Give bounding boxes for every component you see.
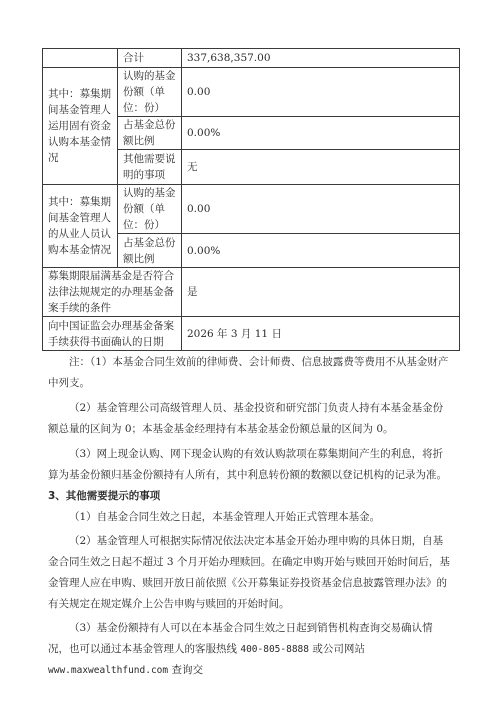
- fund-subscription-table: 合计 337,638,357.00 其中：募集期间基金管理人运用固有资金认购本基…: [42, 48, 460, 351]
- table-cell-value: 无: [182, 150, 460, 185]
- table-cell-label: 认购的基金份额（单位：份）: [118, 185, 182, 234]
- table-notes: 注：（1）本基金合同生效前的律师费、会计师费、信息披露费等费用不从基金财产中列支…: [48, 352, 453, 486]
- table-group-label: 其中：募集期间基金管理人的从业人员认购本基金情况: [43, 185, 118, 268]
- table-cell-value: 是: [182, 268, 460, 317]
- table-cell-label: 占基金总份额比例: [118, 117, 182, 150]
- table-cell-value: 0.00: [182, 185, 460, 234]
- table-cell-value: 0.00%: [182, 117, 460, 150]
- table-row-filing-conditions: 募集期限届满基金是否符合法律法规规定的办理基金备案手续的条件 是: [43, 268, 460, 317]
- table-cell-label: 认购的基金份额（单位：份）: [118, 68, 182, 117]
- table-row-total: 合计 337,638,357.00: [43, 49, 460, 68]
- section-item-3: （3）基金份额持有人可以在本基金合同生效之日起到销售机构查询交易确认情况，也可以…: [48, 618, 453, 681]
- table-cell-label: 占基金总份额比例: [118, 234, 182, 268]
- section-item-1: （1）自基金合同生效之日起，本基金管理人开始正式管理本基金。: [48, 507, 453, 528]
- table-row: 其中：募集期间基金管理人的从业人员认购本基金情况 认购的基金份额（单位：份） 0…: [43, 185, 460, 234]
- table-cell-value: 0.00%: [182, 234, 460, 268]
- table-cell-label: 向中国证监会办理基金备案手续获得书面确认的日期: [43, 317, 182, 351]
- note-3: （3）网上现金认购、网下现金认购的有效认购款项在募集期间产生的利息，将折算为基金…: [48, 444, 453, 486]
- section-other-matters: 3、其他需要提示的事项 （1）自基金合同生效之日起，本基金管理人开始正式管理本基…: [48, 486, 453, 681]
- table-cell-value: 2026 年 3 月 11 日: [182, 317, 460, 351]
- table-row-confirmation-date: 向中国证监会办理基金备案手续获得书面确认的日期 2026 年 3 月 11 日: [43, 317, 460, 351]
- document-page: 合计 337,638,357.00 其中：募集期间基金管理人运用固有资金认购本基…: [0, 0, 500, 707]
- table-cell-label: 募集期限届满基金是否符合法律法规规定的办理基金备案手续的条件: [43, 268, 182, 317]
- item3-suffix: 查询交: [168, 664, 203, 676]
- hotline-number: 400-805-8888: [240, 644, 309, 655]
- section-item-2: （2）基金管理人可根据实际情况依法决定本基金开始办理申购的具体日期，自基金合同生…: [48, 531, 453, 615]
- item3-mid: 或公司网站: [309, 643, 365, 655]
- website-link[interactable]: www.maxwealthfund.com: [48, 665, 168, 676]
- table-group-label: 其中：募集期间基金管理人运用固有资金认购本基金情况: [43, 68, 118, 185]
- table-cell-empty: [43, 49, 118, 68]
- note-2: （2）基金管理公司高级管理人员、基金投资和研究部门负责人持有本基金基金份额总量的…: [48, 398, 453, 440]
- table-cell-value: 337,638,357.00: [182, 49, 460, 68]
- table-cell-label: 其他需要说明的事项: [118, 150, 182, 185]
- table-cell-label: 合计: [118, 49, 182, 68]
- table-cell-value: 0.00: [182, 68, 460, 117]
- table-row: 其中：募集期间基金管理人运用固有资金认购本基金情况 认购的基金份额（单位：份） …: [43, 68, 460, 117]
- section-heading: 3、其他需要提示的事项: [48, 486, 453, 507]
- note-1: 注：（1）本基金合同生效前的律师费、会计师费、信息披露费等费用不从基金财产中列支…: [48, 352, 453, 394]
